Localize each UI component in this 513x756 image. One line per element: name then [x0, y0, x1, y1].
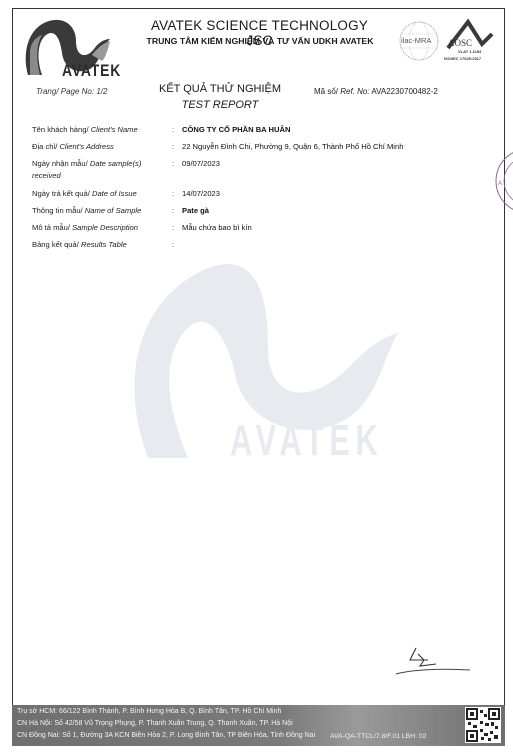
- field-colon: :: [172, 188, 174, 200]
- ilac-label: ilac-MRA: [401, 36, 431, 45]
- field-value: 09/07/2023: [182, 158, 220, 170]
- form-code: AVA-QA-TTCL/7.8/F.01 LBH: 02: [330, 733, 426, 740]
- field-colon: :: [172, 124, 174, 136]
- footer-band: Trụ sở HCM: 66/122 Bình Thành, P. Bình H…: [12, 705, 505, 746]
- company-subtitle: TRUNG TÂM KIỂM NGHIỆM VÀ TƯ VẤN UDKH AVA…: [125, 36, 395, 46]
- watermark-text: AVATEK: [230, 416, 383, 466]
- logo-wordmark: AVATEK: [62, 61, 121, 81]
- reference-number: Mã số/ Ref. No: AVA2230700482-2: [314, 87, 438, 96]
- vlat-code: VLAT 1.1154: [458, 49, 481, 54]
- field-label-vi: Bảng kết quả/: [32, 240, 79, 249]
- field-label-en: Sample Description: [72, 223, 138, 232]
- field-label-vi: Ngày nhận mẫu/: [32, 159, 88, 168]
- field-value: 22 Nguyễn Đình Chi, Phường 9, Quận 6, Th…: [182, 141, 403, 153]
- field-label-en: Client's Address: [59, 142, 113, 151]
- ilac-mra-logo: ilac-MRA: [398, 20, 440, 62]
- aosc-label: AOSC: [448, 38, 472, 48]
- field-colon: :: [172, 158, 174, 170]
- avatek-watermark: AVATEK: [118, 258, 418, 508]
- report-title-vi: KẾT QUẢ THỬ NGHIỆM: [150, 83, 290, 95]
- ref-label-vi: Mã số/: [314, 87, 338, 96]
- field-label-en: Name of Sample: [85, 206, 142, 215]
- field-label-en: Results Table: [81, 240, 127, 249]
- field-colon: :: [172, 222, 174, 234]
- field-label-en: Date of Issue: [92, 189, 137, 198]
- field-value: Pate gà: [182, 205, 209, 217]
- field-label-vi: Thông tin mẫu/: [32, 206, 83, 215]
- report-title-en: TEST REPORT: [150, 99, 290, 111]
- stamp-seal-icon: A: [488, 145, 513, 215]
- qr-code-icon: [465, 707, 501, 743]
- ref-label-en: Ref. No:: [340, 87, 369, 96]
- field-value: 14/07/2023: [182, 188, 220, 200]
- footer-address-dongnai: CN Đồng Nai: Số 1, Đường 3A KCN Biên Hòa…: [17, 732, 315, 739]
- field-label-en: Client's Name: [91, 125, 138, 134]
- field-label-vi: Tên khách hàng/: [32, 125, 89, 134]
- field-label-vi: Mô tả mẫu/: [32, 223, 70, 232]
- qr-code[interactable]: [465, 707, 501, 743]
- ref-value: AVA2230700482-2: [371, 87, 437, 96]
- field-colon: :: [172, 141, 174, 153]
- footer-address-hanoi: CN Hà Nội: Số 42/58 Vũ Trọng Phụng, P. T…: [17, 720, 293, 727]
- avatek-logo: AVATEK: [20, 13, 120, 87]
- signature: [390, 640, 480, 680]
- watermark-logo-icon: [118, 258, 418, 508]
- official-stamp: A: [488, 145, 513, 215]
- field-value: CÔNG TY CỔ PHẦN BA HUÂN: [182, 124, 290, 136]
- field-label-vi: Ngày trả kết quả/: [32, 189, 90, 198]
- field-colon: :: [172, 239, 174, 251]
- footer-address-hcm: Trụ sở HCM: 66/122 Bình Thành, P. Bình H…: [17, 708, 281, 715]
- field-label-vi: Địa chỉ/: [32, 142, 57, 151]
- field-colon: :: [172, 205, 174, 217]
- page-number: Trang/ Page No: 1/2: [36, 87, 107, 96]
- iso-standard: ISO/IEC 17025:2017: [444, 56, 481, 61]
- field-value: Mẫu chứa bao bì kín: [182, 222, 252, 234]
- aosc-logo: AOSC VLAT 1.1154 ISO/IEC 17025:2017: [444, 18, 496, 70]
- signature-scrawl-icon: [390, 640, 480, 680]
- svg-text:A: A: [498, 181, 502, 187]
